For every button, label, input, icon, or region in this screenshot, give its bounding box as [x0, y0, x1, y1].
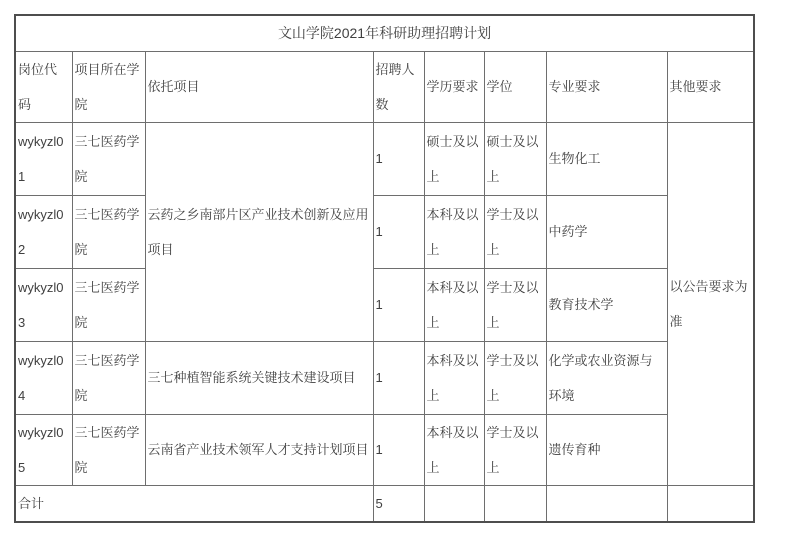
cell-major: 生物化工 [546, 122, 667, 195]
recruitment-plan-table: 文山学院2021年科研助理招聘计划 岗位代码 项目所在学院 依托项目 招聘人数 … [14, 14, 755, 523]
table-row: wykyzl01 三七医药学院 云药之乡南部片区产业技术创新及应用项目 1 硕士… [15, 122, 754, 195]
cell-position-code: wykyzl03 [15, 268, 72, 341]
header-education: 学历要求 [424, 51, 484, 122]
cell-education: 硕士及以上 [424, 122, 484, 195]
table-header-row: 岗位代码 项目所在学院 依托项目 招聘人数 学历要求 学位 专业要求 其他要求 [15, 51, 754, 122]
cell-project: 三七种植智能系统关键技术建设项目 [145, 341, 373, 414]
header-other: 其他要求 [667, 51, 754, 122]
cell-position-code: wykyzl01 [15, 122, 72, 195]
total-empty-degree [484, 485, 546, 522]
cell-major: 化学或农业资源与环境 [546, 341, 667, 414]
cell-other-merged: 以公告要求为准 [667, 122, 754, 485]
cell-education: 本科及以上 [424, 341, 484, 414]
cell-project-merged: 云药之乡南部片区产业技术创新及应用项目 [145, 122, 373, 341]
cell-recruit-count: 1 [373, 414, 424, 485]
total-empty-major [546, 485, 667, 522]
header-degree: 学位 [484, 51, 546, 122]
table-row: wykyzl02 三七医药学院 1 本科及以上 学士及以上 中药学 [15, 195, 754, 268]
cell-degree: 学士及以上 [484, 341, 546, 414]
total-label: 合计 [15, 485, 373, 522]
cell-position-code: wykyzl04 [15, 341, 72, 414]
cell-college: 三七医药学院 [72, 268, 145, 341]
cell-education: 本科及以上 [424, 268, 484, 341]
total-empty-education [424, 485, 484, 522]
header-project: 依托项目 [145, 51, 373, 122]
cell-major: 中药学 [546, 195, 667, 268]
table-total-row: 合计 5 [15, 485, 754, 522]
cell-college: 三七医药学院 [72, 195, 145, 268]
cell-position-code: wykyzl05 [15, 414, 72, 485]
cell-recruit-count: 1 [373, 195, 424, 268]
header-college: 项目所在学院 [72, 51, 145, 122]
cell-education: 本科及以上 [424, 195, 484, 268]
table-row: wykyzl04 三七医药学院 三七种植智能系统关键技术建设项目 1 本科及以上… [15, 341, 754, 414]
cell-college: 三七医药学院 [72, 122, 145, 195]
cell-position-code: wykyzl02 [15, 195, 72, 268]
table-row: wykyzl03 三七医药学院 1 本科及以上 学士及以上 教育技术学 [15, 268, 754, 341]
table-title-row: 文山学院2021年科研助理招聘计划 [15, 15, 754, 51]
cell-college: 三七医药学院 [72, 414, 145, 485]
header-position-code: 岗位代码 [15, 51, 72, 122]
cell-education: 本科及以上 [424, 414, 484, 485]
cell-degree: 学士及以上 [484, 268, 546, 341]
cell-college: 三七医药学院 [72, 341, 145, 414]
cell-recruit-count: 1 [373, 341, 424, 414]
page-title: 文山学院2021年科研助理招聘计划 [15, 15, 754, 51]
table-row: wykyzl05 三七医药学院 云南省产业技术领军人才支持计划项目 1 本科及以… [15, 414, 754, 485]
cell-major: 遗传育种 [546, 414, 667, 485]
cell-major: 教育技术学 [546, 268, 667, 341]
cell-degree: 硕士及以上 [484, 122, 546, 195]
total-count: 5 [373, 485, 424, 522]
page-body: 文山学院2021年科研助理招聘计划 岗位代码 项目所在学院 依托项目 招聘人数 … [0, 0, 802, 523]
cell-degree: 学士及以上 [484, 195, 546, 268]
cell-recruit-count: 1 [373, 122, 424, 195]
cell-degree: 学士及以上 [484, 414, 546, 485]
cell-project: 云南省产业技术领军人才支持计划项目 [145, 414, 373, 485]
header-major: 专业要求 [546, 51, 667, 122]
header-recruit-count: 招聘人数 [373, 51, 424, 122]
cell-recruit-count: 1 [373, 268, 424, 341]
total-empty-other [667, 485, 754, 522]
